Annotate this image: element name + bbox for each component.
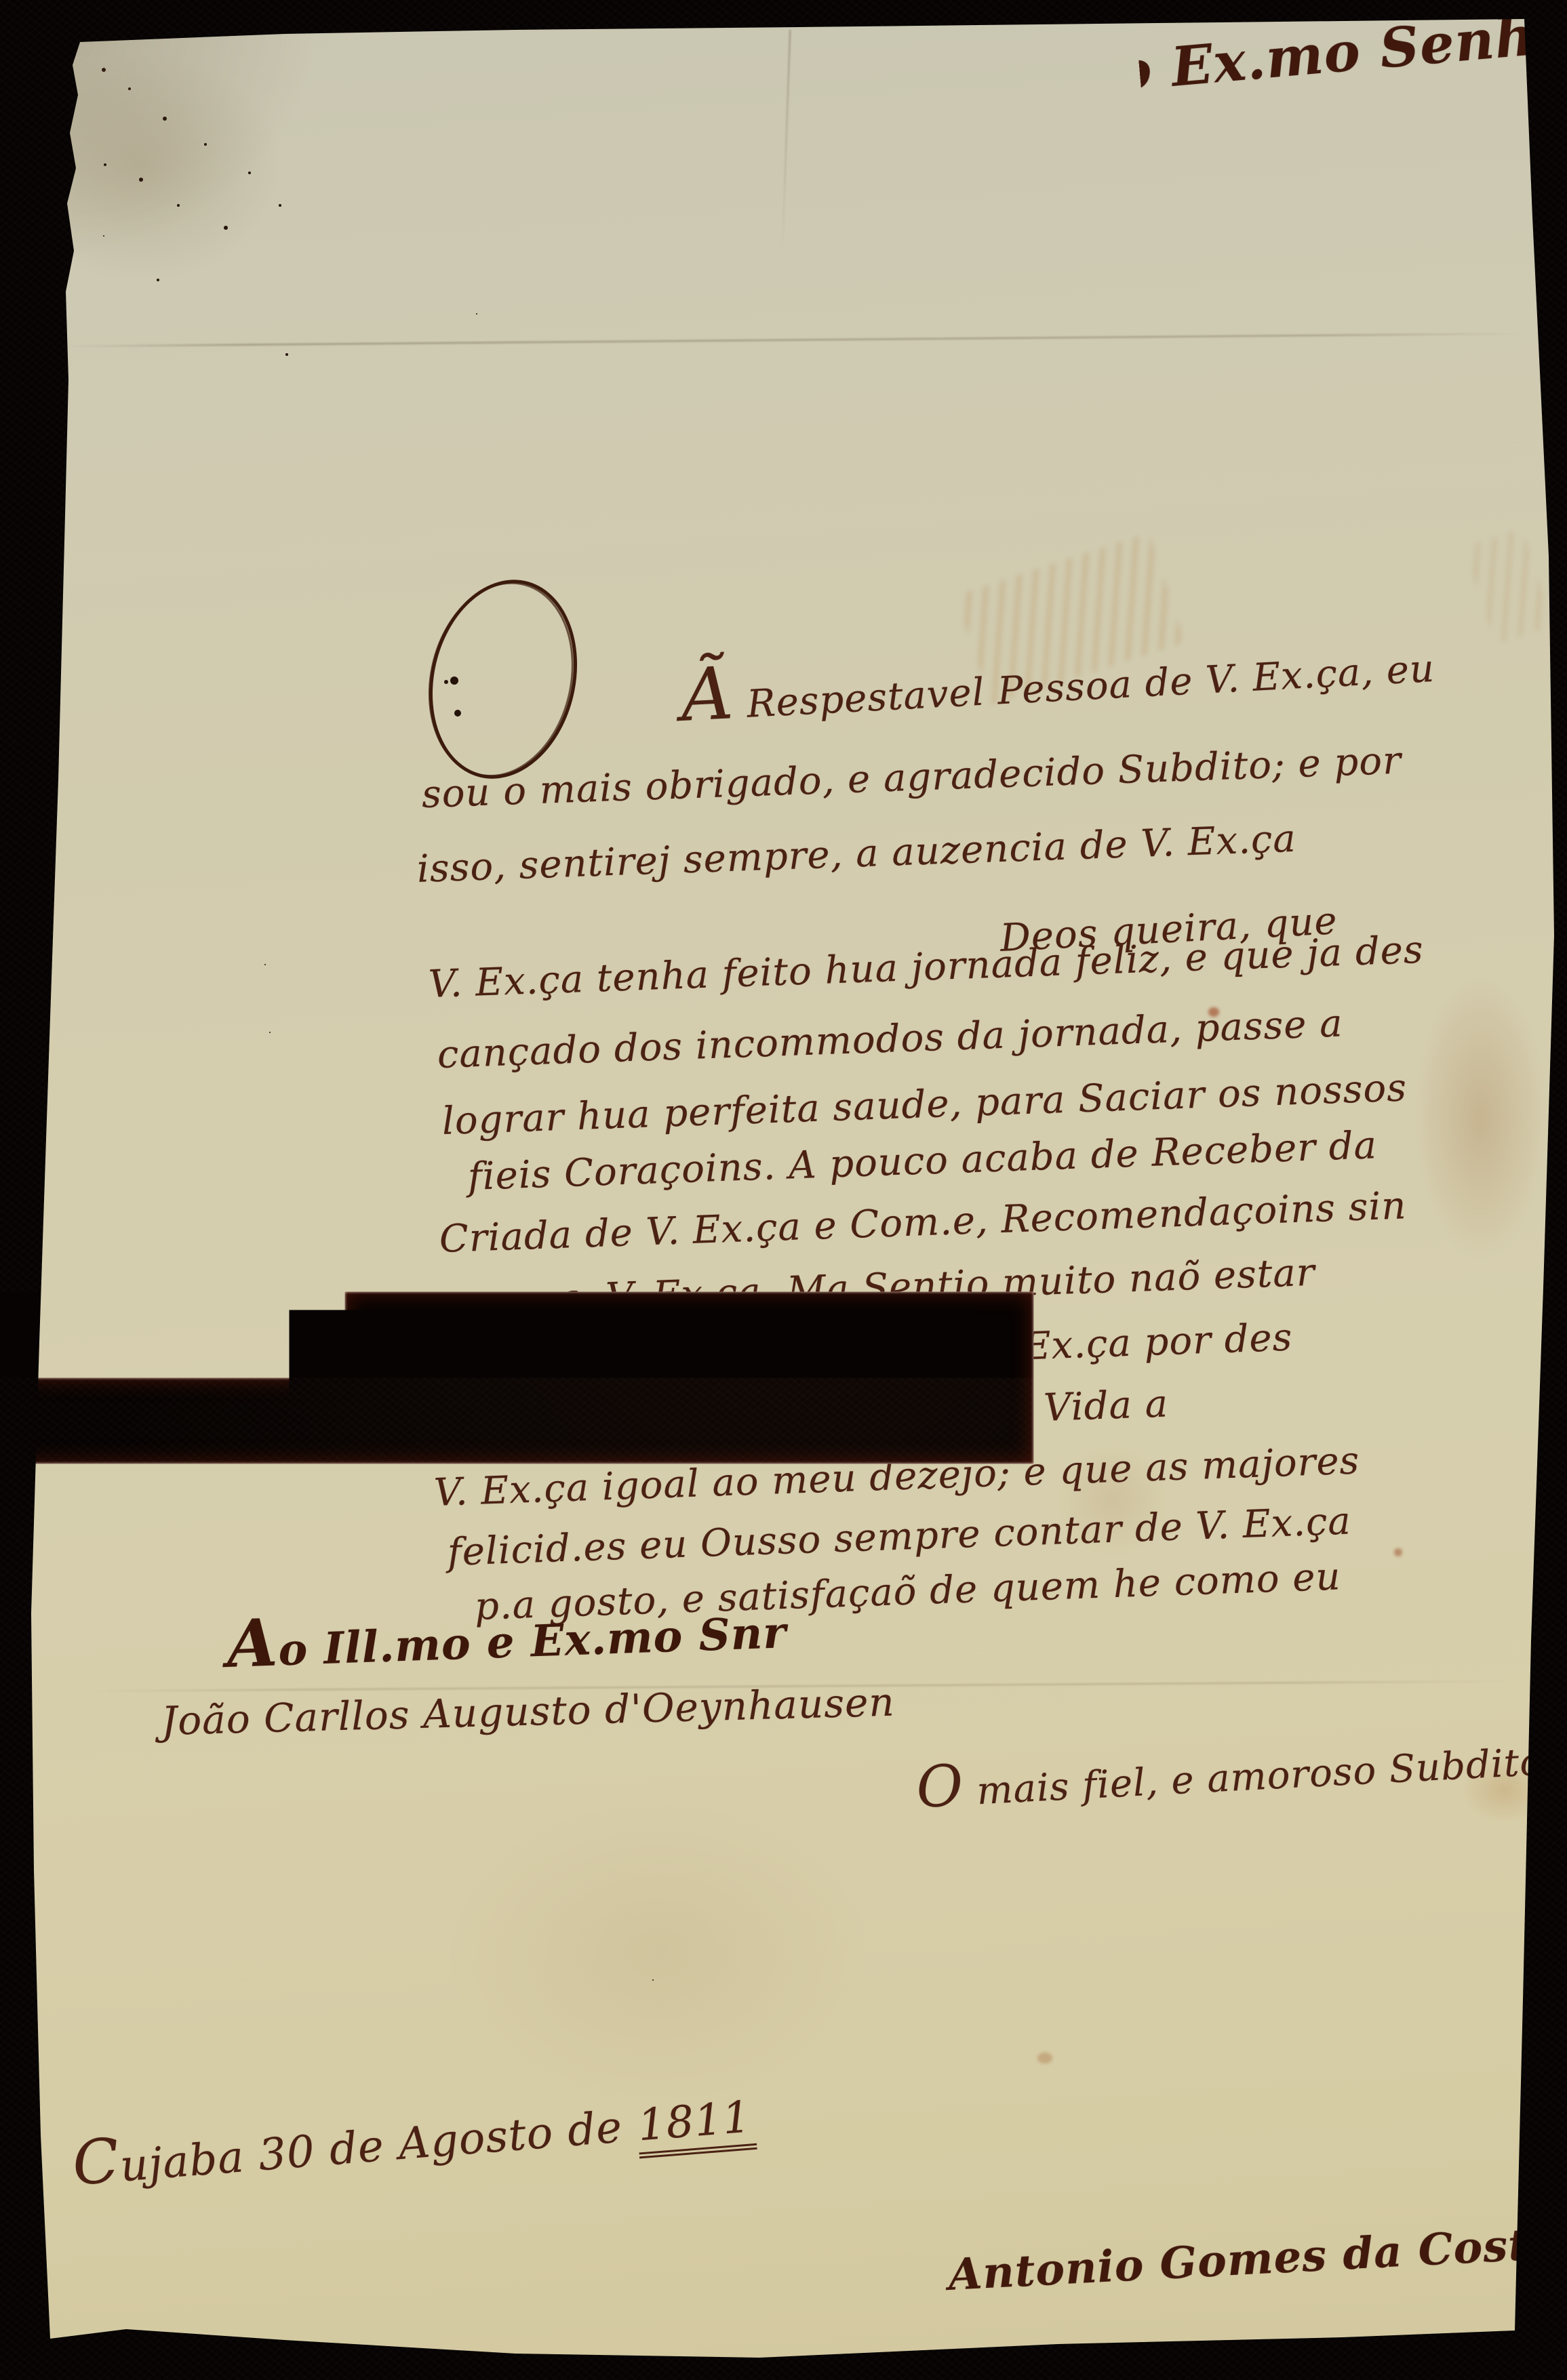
body-line-6: cançado dos incommodos da jornada, passe…	[437, 1001, 1344, 1077]
fold-crease	[62, 333, 1527, 348]
foxing-spot	[1037, 2053, 1052, 2063]
body-line-10: ceras q. V. Ex.ça. Ma Sentio muito naõ e…	[435, 1251, 1316, 1325]
signature-name: Antonio Gomes da Costa	[947, 2218, 1559, 2301]
body-line-11: aquj para bejar as Maos a V. Ex.ça por d…	[447, 1316, 1293, 1389]
body-line-3: isso, sentirej sempre, a auzencia de V. …	[416, 817, 1297, 891]
valediction: O mais fiel, e amoroso Subdito	[915, 1740, 1544, 1817]
fold-crease	[781, 30, 791, 254]
flourish-oval	[415, 571, 591, 788]
place-and-date: Cujaba 30 de Agosto de	[71, 2102, 624, 2195]
letter-paper: Ill.mo Ex.mo Senhor. Ã Respestavel Pesso…	[0, 0, 1567, 2380]
addressee-honorific: Ao Ill.mo e Ex.mo Snr	[226, 1607, 787, 1678]
year-underlined: 1811	[635, 2092, 757, 2158]
wormhole-specks	[102, 68, 106, 72]
body-line-12: pedida. Deos N. S. prospere a Vida a	[439, 1381, 1169, 1451]
signature: Antonio Gomes da Costa	[945, 2179, 1567, 2317]
body-line-9: Criada de V. Ex.ça e Com.e, Recomendaçoi…	[439, 1184, 1408, 1262]
body-line-5: V. Ex.ça tenha feito hua jornada feliz, …	[428, 928, 1425, 1007]
addressee-name: João Carllos Augusto d'Oeynhausen	[161, 1679, 895, 1744]
body-line-2: sou o mais obrigado, e agradecido Subdit…	[421, 739, 1402, 817]
ink-bleedthrough	[1464, 529, 1553, 644]
dateline: Cujaba 30 de Agosto de 1811	[71, 2092, 757, 2196]
body-line-1: Ã Respestavel Pessoa de V. Ex.ça, eu	[680, 647, 1435, 730]
foxing-spot	[1394, 1548, 1402, 1556]
